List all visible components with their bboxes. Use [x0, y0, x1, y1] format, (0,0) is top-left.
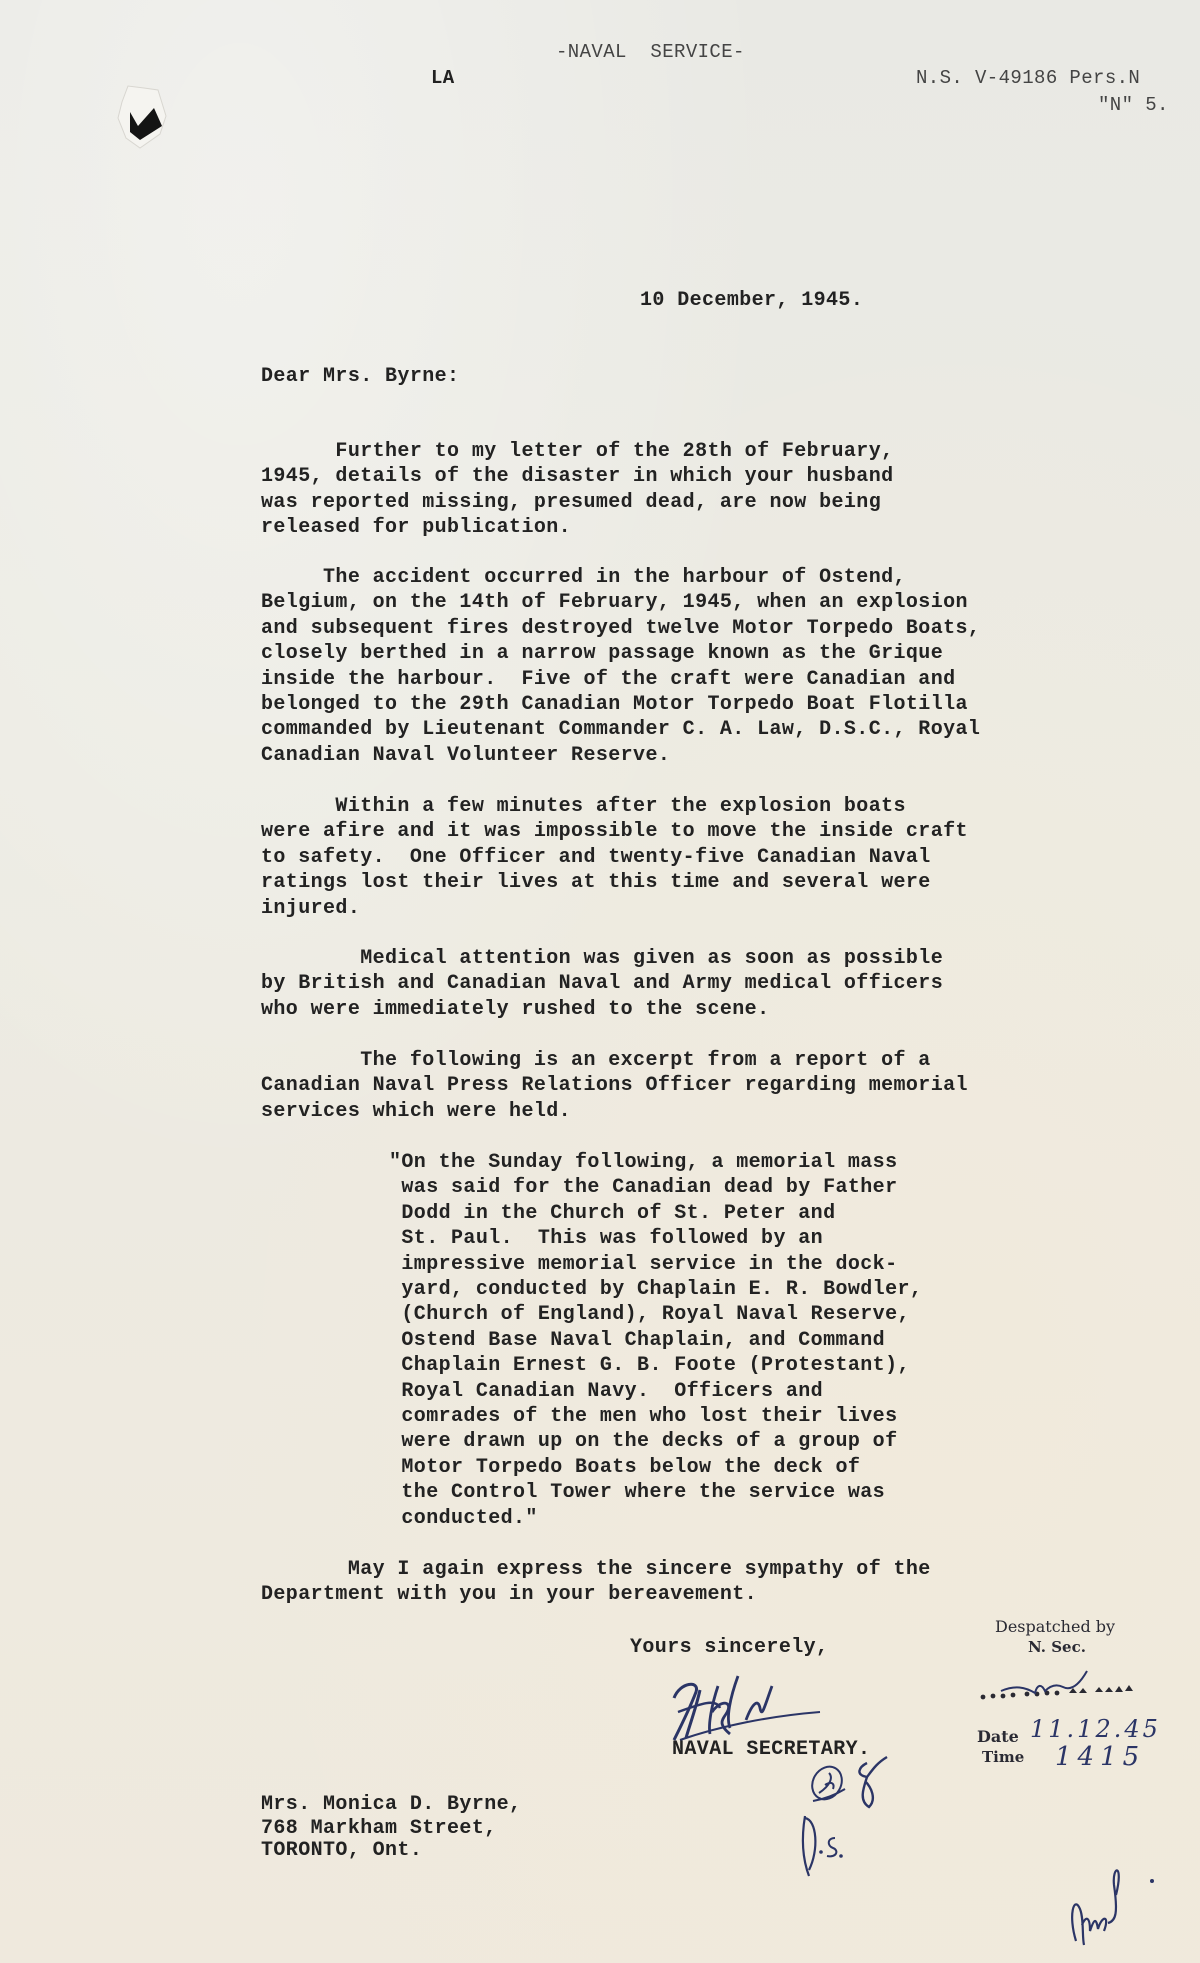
text-line: Belgium, on the 14th of February, 1945, … — [261, 590, 1021, 615]
text-line: Canadian Naval Press Relations Officer r… — [261, 1073, 1021, 1098]
quote-line: were drawn up on the decks of a group of — [389, 1429, 922, 1454]
paragraph-2: The accident occurred in the harbour of … — [261, 565, 1021, 768]
text-line: to safety. One Officer and twenty-five C… — [261, 845, 1021, 870]
quote-line: impressive memorial service in the dock- — [389, 1252, 922, 1277]
text-line: May I again express the sincere sympathy… — [261, 1557, 1021, 1582]
quote-line: St. Paul. This was followed by an — [389, 1226, 922, 1251]
despatch-time-value: 1415 — [1055, 1742, 1145, 1772]
quote-line: Chaplain Ernest G. B. Foote (Protestant)… — [389, 1353, 922, 1378]
quote-line: the Control Tower where the service was — [389, 1480, 922, 1505]
despatch-date-label: Date — [977, 1727, 1019, 1746]
text-line: closely berthed in a narrow passage know… — [261, 641, 1021, 666]
despatch-time-label: Time — [982, 1748, 1024, 1766]
address-line: 768 Markham Street, — [261, 1817, 1021, 1841]
text-line: belonged to the 29th Canadian Motor Torp… — [261, 692, 1021, 717]
text-line: who were immediately rushed to the scene… — [261, 997, 1021, 1022]
text-line: were afire and it was impossible to move… — [261, 819, 1021, 844]
text-line: and subsequent fires destroyed twelve Mo… — [261, 616, 1021, 641]
text-line: services which were held. — [261, 1099, 1021, 1124]
quote-line: Dodd in the Church of St. Peter and — [389, 1201, 922, 1226]
quote-line: conducted." — [389, 1506, 922, 1531]
paragraph-1: Further to my letter of the 28th of Febr… — [261, 439, 1021, 541]
text-line: 1945, details of the disaster in which y… — [261, 464, 1021, 489]
paragraph-3: Within a few minutes after the explosion… — [261, 794, 1021, 921]
closing-paragraph: May I again express the sincere sympathy… — [261, 1557, 1021, 1608]
text-line: released for publication. — [261, 515, 1021, 540]
quote-line: yard, conducted by Chaplain E. R. Bowdle… — [389, 1277, 922, 1302]
salutation: Dear Mrs. Byrne: — [261, 364, 459, 389]
complimentary-close: Yours sincerely, — [630, 1635, 828, 1660]
file-reference: N.S. V-49186 Pers.N — [916, 66, 1140, 91]
quote-line: comrades of the men who lost their lives — [389, 1404, 922, 1429]
quote-line: Royal Canadian Navy. Officers and — [389, 1379, 922, 1404]
text-line: injured. — [261, 896, 1021, 921]
despatch-stamp-by: N. Sec. — [1028, 1638, 1086, 1656]
text-line: Within a few minutes after the explosion… — [261, 794, 1021, 819]
address-line: TORONTO, Ont. — [261, 1841, 1021, 1861]
text-line: Department with you in your bereavement. — [261, 1582, 1021, 1607]
text-line: The following is an excerpt from a repor… — [261, 1048, 1021, 1073]
text-line: The accident occurred in the harbour of … — [261, 565, 1021, 590]
letter-date: 10 December, 1945. — [640, 288, 863, 313]
initials-la: LA — [431, 66, 455, 91]
text-line: was reported missing, presumed dead, are… — [261, 490, 1021, 515]
text-line: Medical attention was given as soon as p… — [261, 946, 1021, 971]
quote-line: (Church of England), Royal Naval Reserve… — [389, 1302, 922, 1327]
quote-line: "On the Sunday following, a memorial mas… — [389, 1150, 922, 1175]
file-sub-reference: "N" 5. — [1098, 93, 1169, 118]
quote-line: Ostend Base Naval Chaplain, and Command — [389, 1328, 922, 1353]
address-line: Mrs. Monica D. Byrne, — [261, 1792, 1021, 1817]
torn-hole — [100, 74, 180, 164]
text-line: Further to my letter of the 28th of Febr… — [261, 439, 1021, 464]
quote-line: was said for the Canadian dead by Father — [389, 1175, 922, 1200]
quote-line: Motor Torpedo Boats below the deck of — [389, 1455, 922, 1480]
service-header: -NAVAL SERVICE- — [556, 40, 745, 65]
handwritten-initials-anne — [1060, 1855, 1170, 1960]
paragraph-4: Medical attention was given as soon as p… — [261, 946, 1021, 1022]
paragraph-5: The following is an excerpt from a repor… — [261, 1048, 1021, 1124]
despatch-stamp-label: Despatched by — [995, 1617, 1115, 1636]
text-line: by British and Canadian Naval and Army m… — [261, 971, 1021, 996]
despatch-date-value: 11.12.45 — [1030, 1715, 1161, 1743]
text-line: inside the harbour. Five of the craft we… — [261, 667, 1021, 692]
recipient-address: Mrs. Monica D. Byrne, 768 Markham Street… — [261, 1792, 1021, 1861]
quoted-excerpt: "On the Sunday following, a memorial mas… — [389, 1150, 922, 1531]
text-line: ratings lost their lives at this time an… — [261, 870, 1021, 895]
text-line: commanded by Lieutenant Commander C. A. … — [261, 717, 1021, 742]
text-line: Canadian Naval Volunteer Reserve. — [261, 743, 1021, 768]
despatch-dotted-line — [975, 1665, 1175, 1710]
